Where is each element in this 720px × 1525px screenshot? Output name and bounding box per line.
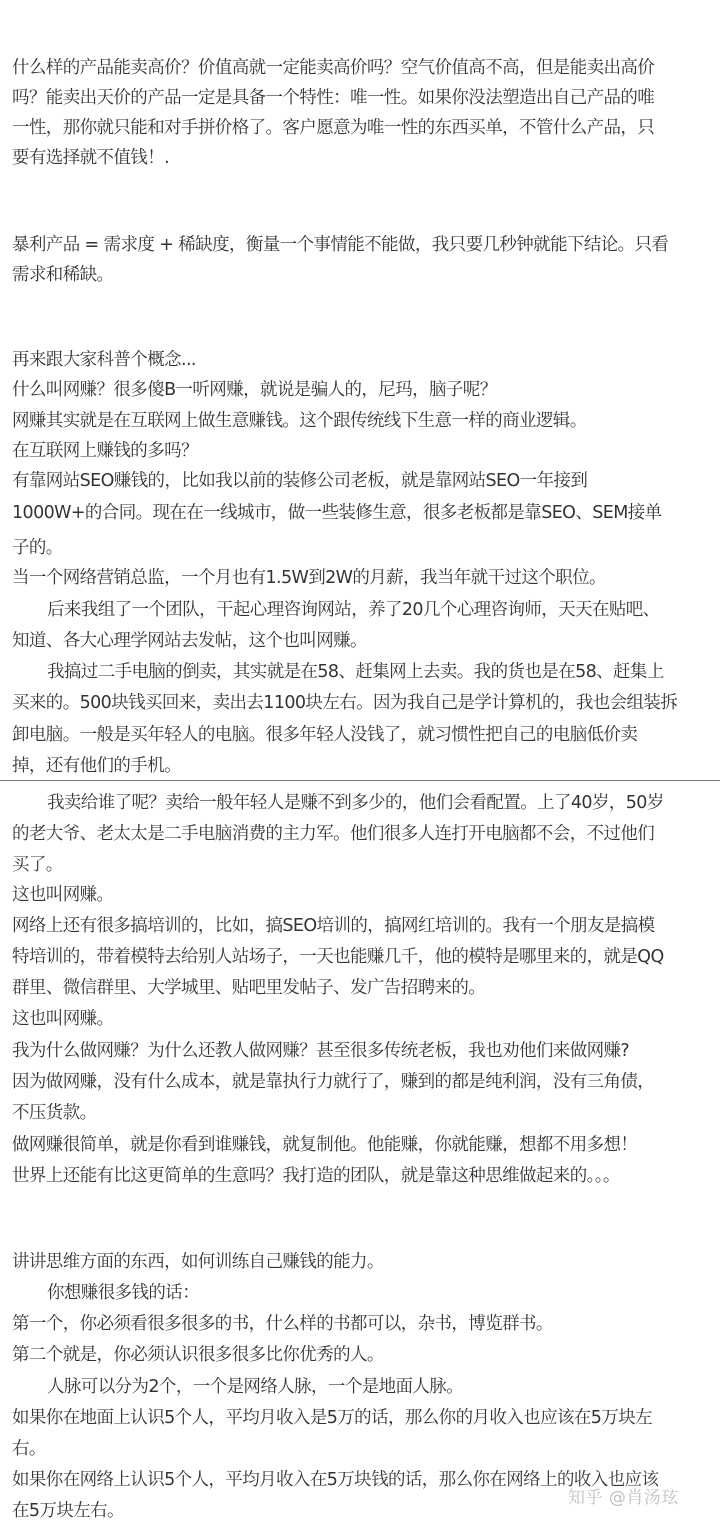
paragraph-line: 要有选择就不值钱！. — [12, 146, 169, 170]
paragraph-line: 需求和稀缺。 — [12, 263, 113, 287]
paragraph-line: 不压货款。 — [12, 1101, 97, 1125]
paragraph-line: 再来跟大家科普个概念... — [12, 348, 196, 372]
paragraph-line: 如果你在地面上认识5个人，平均月收入是5万的话，那么你的月收入也应该在5万块左 — [12, 1406, 652, 1430]
paragraph-line: 在互联网上赚钱的多吗？ — [12, 439, 198, 463]
paragraph-line: 群里、微信群里、大学城里、贴吧里发帖子、发广告招聘来的。 — [12, 976, 485, 1000]
paragraph-line: 吗？能卖出天价的产品一定是具备一个特性：唯一性。如果你没法塑造出自己产品的唯 — [12, 86, 654, 110]
paragraph-line: 你想赚很多钱的话： — [47, 1281, 199, 1305]
paragraph-line: 暴利产品 = 需求度 + 稀缺度，衡量一个事情能不能做，我只要几秒钟就能下结论。… — [12, 233, 668, 257]
paragraph-line: 知道、各大心理学网站去发帖，这个也叫网赚。 — [12, 629, 367, 653]
paragraph-line: 网赚其实就是在互联网上做生意赚钱。这个跟传统线下生意一样的商业逻辑。 — [12, 409, 587, 433]
paragraph-line: 第二个就是，你必须认识很多很多比你优秀的人。 — [12, 1343, 384, 1367]
paragraph-line: 一性，那你就只能和对手拼价格了。客户愿意为唯一性的东西买单，不管什么产品，只 — [12, 116, 654, 140]
paragraph-line: 在5万块左右。 — [12, 1499, 124, 1523]
paragraph-line: 什么样的产品能卖高价？价值高就一定能卖高价吗？空气价值高不高，但是能卖出高价 — [12, 56, 654, 80]
paragraph-line: 掉，还有他们的手机。 — [12, 754, 181, 778]
paragraph-line: 我卖给谁了呢？卖给一般年轻人是赚不到多少的，他们会看配置。上了40岁，50岁 — [47, 791, 664, 815]
paragraph-line: 子的。 — [12, 536, 63, 560]
paragraph-line: 1000W+的合同。现在在一线城市，做一些装修生意，很多老板都是靠SEO、SEM… — [12, 501, 662, 525]
paragraph-line: 后来我组了一个团队，干起心理咨询网站，养了20几个心理咨询师，天天在贴吧、 — [47, 598, 660, 622]
paragraph-line: 世界上还能有比这更简单的生意吗？我打造的团队，就是靠这种思维做起来的。。。 — [12, 1164, 620, 1188]
paragraph-line: 什么叫网赚？很多傻B一听网赚，就说是骗人的，尼玛，脑子呢？ — [12, 378, 497, 402]
paragraph-line: 做网赚很简单，就是你看到谁赚钱，就复制他。他能赚，你就能赚，想都不用多想！ — [12, 1133, 637, 1157]
paragraph-line: 讲讲思维方面的东西，如何训练自己赚钱的能力。 — [12, 1250, 384, 1274]
paragraph-line: 这也叫网赚。 — [12, 883, 113, 907]
paragraph-line: 这也叫网赚。 — [12, 1007, 113, 1031]
paragraph-line: 买来的。500块钱买回来，卖出去1100块左右。因为我自己是学计算机的，我也会组… — [12, 691, 677, 715]
zhihu-watermark: 知乎 @肖汤玹 — [568, 1487, 679, 1509]
paragraph-line: 人脉可以分为2个，一个是网络人脉，一个是地面人脉。 — [47, 1375, 463, 1399]
paragraph-line: 买了。 — [12, 853, 63, 877]
paragraph-line: 第一个，你必须看很多很多的书，什么样的书都可以，杂书，博览群书。 — [12, 1312, 553, 1336]
paragraph-line: 特培训的，带着模特去给别人站场子，一天也能赚几千，他的模特是哪里来的，就是QQ — [12, 945, 664, 969]
paragraph-line: 当一个网络营销总监，一个月也有1.5W到2W的月薪，我当年就干过这个职位。 — [12, 566, 606, 590]
paragraph-line: 如果你在网络上认识5个人，平均月收入在5万块钱的话，那么你在网络上的收入也应该 — [12, 1468, 658, 1492]
image-seam-divider — [0, 780, 720, 781]
paragraph-line: 的老大爷、老太太是二手电脑消费的主力军。他们很多人连打开电脑都不会，不过他们 — [12, 822, 654, 846]
paragraph-line: 右。 — [12, 1437, 46, 1461]
paragraph-line: 因为做网赚，没有什么成本，就是靠执行力就行了，赚到的都是纯利润，没有三角债， — [12, 1070, 654, 1094]
paragraph-line: 我为什么做网赚？为什么还教人做网赚？甚至很多传统老板，我也劝他们来做网赚? — [12, 1039, 629, 1063]
paragraph-line: 有靠网站SEO赚钱的，比如我以前的装修公司老板，就是靠网站SEO一年接到 — [12, 469, 587, 493]
paragraph-line: 我搞过二手电脑的倒卖，其实就是在58、赶集网上去卖。我的货也是在58、赶集上 — [47, 660, 664, 684]
paragraph-line: 网络上还有很多搞培训的，比如，搞SEO培训的，搞网红培训的。我有一个朋友是搞模 — [12, 914, 655, 938]
paragraph-line: 卸电脑。一般是买年轻人的电脑。很多年轻人没钱了，就习惯性把自己的电脑低价卖 — [12, 723, 637, 747]
